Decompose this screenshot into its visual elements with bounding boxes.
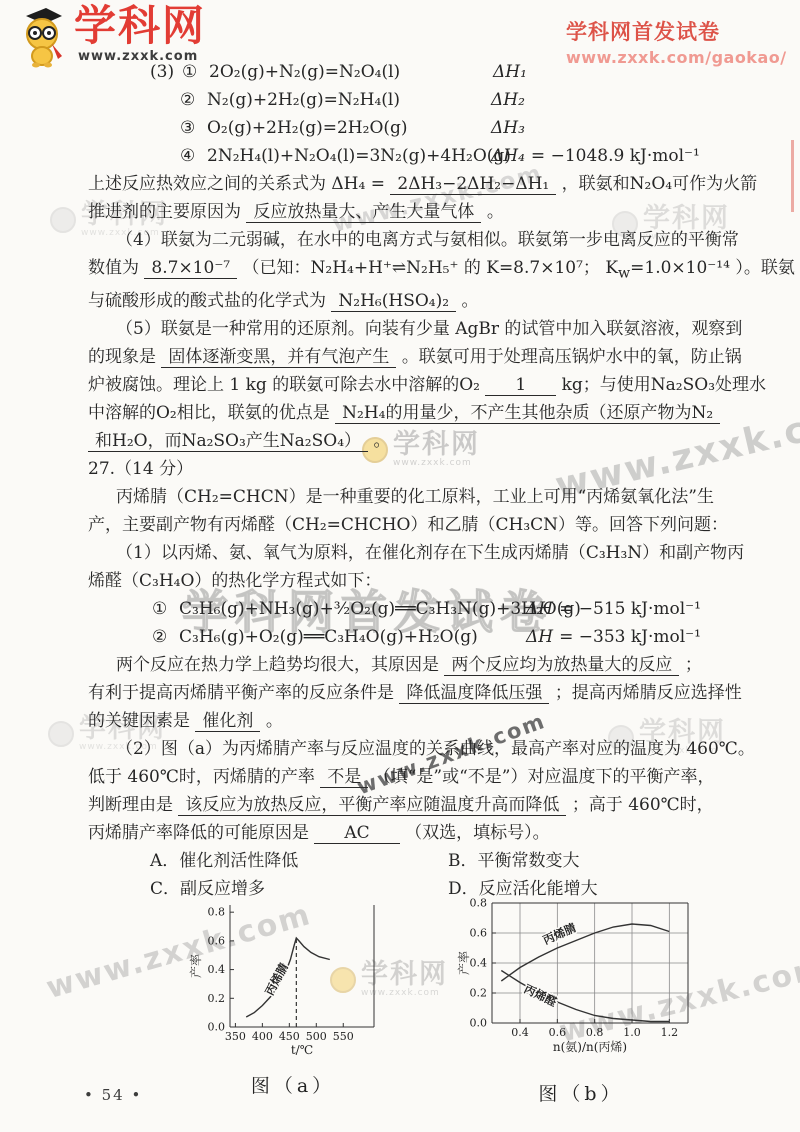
stem-text: 有利于提高丙烯腈平衡产率的反应条件是: [88, 683, 394, 703]
text-line: 有利于提高丙烯腈平衡产率的反应条件是 降低温度降低压强 ；提高丙烯腈反应选择性: [88, 679, 772, 707]
svg-text:1.2: 1.2: [661, 1026, 679, 1039]
delta-h-value: = −353 kJ·mol⁻¹: [559, 623, 701, 651]
equation-formula: C₃H₆(g)+NH₃(g)+³⁄₂O₂(g)══C₃H₃N(g)+3H₂O(g…: [179, 595, 526, 623]
equation-number: ①: [182, 58, 209, 86]
text-line: 丙烯腈产率降低的可能原因是 AC （双选，填标号）。: [88, 819, 772, 847]
text-line: 产，主要副产物有丙烯醛（CH₂=CHCHO）和乙腈（CH₃CN）等。回答下列问题…: [88, 511, 772, 539]
stem-text: （填“是”或“不是”）对应温度下的平衡产率，: [374, 767, 715, 787]
stem-text: 与硫酸形成的酸式盐的化学式为: [88, 291, 326, 311]
answer-blank: 1: [485, 375, 556, 396]
svg-text:1.0: 1.0: [623, 1026, 641, 1039]
delta-h-symbol: ΔH: [526, 595, 553, 623]
figure-b-caption: 图（b）: [456, 1079, 706, 1106]
equation-number: ③: [180, 114, 207, 142]
equation-row: ③ O₂(g)+2H₂(g)=2H₂O(g) ΔH₃: [88, 114, 772, 142]
stem-text: 上述反应热效应之间的关系式为 ΔH₄ =: [88, 174, 385, 194]
option-row: A．催化剂活性降低 B．平衡常数变大: [88, 847, 772, 875]
text-line: （2）图（a）为丙烯腈产率与反应温度的关系曲线，最高产率对应的温度为 460℃。: [88, 735, 772, 763]
figure-a: 3504004505005500.00.20.40.60.8丙烯腈t/℃产率 图…: [188, 893, 398, 1098]
text-line: 炉被腐蚀。理论上 1 kg 的联氨可除去水中溶解的O₂ 1 kg；与使用Na₂S…: [88, 371, 772, 399]
exam-body: (3) ① 2O₂(g)+N₂(g)=N₂O₄(l) ΔH₁ ② N₂(g)+2…: [88, 58, 772, 903]
scan-red-mark: [791, 140, 794, 212]
figure-b: 0.40.60.81.01.20.00.20.40.60.8丙烯腈丙烯醛n(氨)…: [456, 893, 706, 1106]
equation-formula: N₂(g)+2H₂(g)=N₂H₄(l): [207, 86, 491, 114]
issue-title: 学科网首发试卷: [566, 16, 787, 46]
stem-text: 。: [373, 431, 390, 451]
answer-blank: 两个反应均为放热量大的反应: [444, 655, 679, 676]
stem-text: ；提高丙烯腈反应选择性: [555, 683, 742, 703]
stem-text: ，联氨和N₂O₄可作为火箭: [562, 174, 757, 194]
equation-formula: 2O₂(g)+N₂(g)=N₂O₄(l): [209, 58, 493, 86]
question-number: 27.（14 分）: [88, 455, 772, 483]
answer-blank: 固体逐渐变黑，并有气泡产生: [161, 347, 396, 368]
stem-text: 。: [487, 202, 504, 222]
stem-text: 两个反应在热力学上趋势均很大，其原因是: [116, 655, 439, 675]
equation-number: ②: [180, 86, 207, 114]
answer-blank: 8.7×10⁻⁷: [144, 258, 237, 279]
option-a: A．催化剂活性降低: [150, 847, 448, 875]
stem-text: 推进剂的主要原因为: [88, 202, 241, 222]
yield-vs-ratio-chart: 0.40.60.81.01.20.00.20.40.60.8丙烯腈丙烯醛n(氨)…: [456, 893, 706, 1065]
answer-blank: 2ΔH₃−2ΔH₂−ΔH₁: [390, 174, 556, 195]
text-line: 推进剂的主要原因为 反应放热量大、产生大量气体 。: [88, 198, 772, 226]
svg-text:0.8: 0.8: [208, 906, 226, 919]
text-line: （4）联氨为二元弱碱，在水中的电离方式与氨相似。联氨第一步电离反应的平衡常: [88, 226, 772, 254]
svg-text:丙烯腈: 丙烯腈: [262, 960, 291, 997]
equation-formula: 2N₂H₄(l)+N₂O₄(l)=3N₂(g)+4H₂O(g): [207, 142, 491, 170]
stem-text: kg；与使用Na₂SO₃处理水: [562, 375, 766, 395]
svg-text:0.4: 0.4: [208, 963, 226, 976]
stem-text: ；高于 460℃时，: [572, 795, 714, 815]
svg-text:产率: 产率: [456, 951, 471, 975]
part-label: (3): [150, 58, 182, 86]
svg-text:丙烯腈: 丙烯腈: [541, 920, 579, 947]
answer-blank: N₂H₆(HSO₄)₂: [331, 291, 456, 312]
stem-text: 丙烯腈产率降低的可能原因是: [88, 823, 309, 843]
delta-h-value: = −1048.9 kJ·mol⁻¹: [531, 142, 700, 170]
equation-row: ② N₂(g)+2H₂(g)=N₂H₄(l) ΔH₂: [88, 86, 772, 114]
svg-text:产率: 产率: [188, 954, 203, 978]
page-number: • 54 •: [84, 1086, 142, 1104]
svg-text:500: 500: [306, 1030, 327, 1043]
equation-row: ④ 2N₂H₄(l)+N₂O₄(l)=3N₂(g)+4H₂O(g) ΔH₄ = …: [88, 142, 772, 170]
equation-number: ④: [180, 142, 207, 170]
equation-formula: C₃H₆(g)+O₂(g)══C₃H₄O(g)+H₂O(g): [179, 623, 526, 651]
watermark-mascot-icon: [50, 207, 76, 233]
svg-text:400: 400: [252, 1030, 273, 1043]
text-line: 烯醛（C₃H₄O）的热化学方程式如下：: [88, 567, 772, 595]
text-line: 数值为 8.7×10⁻⁷ （已知：N₂H₄+H⁺⇌N₂H₅⁺ 的 K=8.7×1…: [88, 254, 772, 287]
watermark-mascot-icon: [48, 721, 74, 747]
svg-text:0.8: 0.8: [586, 1026, 604, 1039]
stem-text: （双选，填标号）。: [405, 823, 550, 843]
svg-text:0.6: 0.6: [208, 934, 226, 947]
svg-text:450: 450: [279, 1030, 300, 1043]
delta-h-symbol: ΔH₄: [491, 142, 525, 170]
kw-constant: Kw=1.0×10⁻¹⁴: [605, 258, 730, 278]
text-line: 两个反应在热力学上趋势均很大，其原因是 两个反应均为放热量大的反应 ；: [88, 651, 772, 679]
svg-text:n(氨)/n(丙烯): n(氨)/n(丙烯): [553, 1039, 627, 1054]
svg-text:0.4: 0.4: [511, 1026, 529, 1039]
svg-text:t/℃: t/℃: [291, 1043, 313, 1057]
answer-blank: 反应放热量大、产生大量气体: [246, 202, 481, 223]
text-line: 的现象是 固体逐渐变黑，并有气泡产生 。联氨可用于处理高压锅炉水中的氧，防止锅: [88, 343, 772, 371]
figure-a-caption: 图（a）: [188, 1071, 398, 1098]
stem-text: 低于 460℃时，丙烯腈的产率: [88, 767, 315, 787]
delta-h-symbol: ΔH: [526, 623, 553, 651]
delta-h-symbol: ΔH₂: [491, 86, 525, 114]
stem-text: 的现象是: [88, 347, 156, 367]
mascot-icon: [12, 4, 70, 72]
text-line: 低于 460℃时，丙烯腈的产率 不是 （填“是”或“不是”）对应温度下的平衡产率…: [88, 763, 772, 791]
scanned-exam-page: { "header": { "brand_name": "学科网", "bran…: [0, 0, 800, 1132]
brand-name: 学科网: [74, 4, 206, 48]
stem-text: 。联氨可用于处理高压锅炉水中的氧，防止锅: [402, 347, 742, 367]
equation-number: ②: [152, 623, 179, 651]
answer-blank: 不是: [320, 767, 368, 788]
equation-row: (3) ① 2O₂(g)+N₂(g)=N₂O₄(l) ΔH₁: [88, 58, 772, 86]
yield-vs-temperature-chart: 3504004505005500.00.20.40.60.8丙烯腈t/℃产率: [188, 893, 398, 1061]
answer-blank: AC: [314, 823, 399, 844]
equation-row: ② C₃H₆(g)+O₂(g)══C₃H₄O(g)+H₂O(g) ΔH = −3…: [88, 623, 772, 651]
stem-text: 。: [461, 291, 478, 311]
text-line: （5）联氨是一种常用的还原剂。向装有少量 AgBr 的试管中加入联氨溶液，观察到: [88, 315, 772, 343]
text-line: 和H₂O，而Na₂SO₃产生Na₂SO₄） 。: [88, 427, 772, 455]
svg-text:350: 350: [225, 1030, 246, 1043]
stem-text: 判断理由是: [88, 795, 173, 815]
svg-text:0.4: 0.4: [470, 957, 488, 970]
svg-text:550: 550: [333, 1030, 354, 1043]
text-line: 的关键因素是 催化剂 。: [88, 707, 772, 735]
stem-text: ）。联氨: [735, 258, 795, 278]
svg-text:0.8: 0.8: [470, 897, 488, 910]
svg-text:0.6: 0.6: [549, 1026, 567, 1039]
delta-h-symbol: ΔH₁: [493, 58, 527, 86]
text-line: 判断理由是 该反应为放热反应，平衡产率应随温度升高而降低 ；高于 460℃时，: [88, 791, 772, 819]
svg-text:0.2: 0.2: [470, 987, 488, 1000]
answer-blank: 该反应为放热反应，平衡产率应随温度升高而降低: [178, 795, 566, 816]
text-line: 中溶解的O₂相比，联氨的优点是 N₂H₄的用量少，不产生其他杂质（还原产物为N₂: [88, 399, 772, 427]
stem-text: 的关键因素是: [88, 711, 190, 731]
equation-number: ①: [152, 595, 179, 623]
delta-h-value: = −515 kJ·mol⁻¹: [559, 595, 701, 623]
delta-h-symbol: ΔH₃: [491, 114, 525, 142]
option-b: B．平衡常数变大: [448, 847, 580, 875]
equation-row: ① C₃H₆(g)+NH₃(g)+³⁄₂O₂(g)══C₃H₃N(g)+3H₂O…: [88, 595, 772, 623]
stem-text: 中溶解的O₂相比，联氨的优点是: [88, 403, 330, 423]
answer-blank: 降低温度降低压强: [399, 683, 549, 704]
answer-blank: 和H₂O，而Na₂SO₃产生Na₂SO₄）: [88, 431, 368, 452]
text-line: 丙烯腈（CH₂=CHCN）是一种重要的化工原料，工业上可用“丙烯氨氧化法”生: [88, 483, 772, 511]
svg-text:0.0: 0.0: [208, 1021, 226, 1034]
stem-text: ；: [685, 655, 702, 675]
stem-text: （已知：N₂H₄+H⁺⇌N₂H₅⁺ 的 K=8.7×10⁷；: [243, 258, 600, 278]
answer-blank: N₂H₄的用量少，不产生其他杂质（还原产物为N₂: [335, 403, 720, 424]
answer-blank: 催化剂: [195, 711, 260, 732]
equation-formula: O₂(g)+2H₂(g)=2H₂O(g): [207, 114, 491, 142]
svg-text:丙烯醛: 丙烯醛: [522, 982, 560, 1010]
text-line: （1）以丙烯、氨、氧气为原料，在催化剂存在下生成丙烯腈（C₃H₃N）和副产物丙: [88, 539, 772, 567]
svg-text:0.0: 0.0: [470, 1017, 488, 1030]
svg-text:0.6: 0.6: [470, 927, 488, 940]
text-line: 上述反应热效应之间的关系式为 ΔH₄ = 2ΔH₃−2ΔH₂−ΔH₁ ，联氨和N…: [88, 170, 772, 198]
stem-text: 。: [266, 711, 283, 731]
stem-text: 炉被腐蚀。理论上 1 kg 的联氨可除去水中溶解的O₂: [88, 375, 480, 395]
svg-text:0.2: 0.2: [208, 992, 226, 1005]
stem-text: 数值为: [88, 258, 139, 278]
text-line: 与硫酸形成的酸式盐的化学式为 N₂H₆(HSO₄)₂ 。: [88, 287, 772, 315]
